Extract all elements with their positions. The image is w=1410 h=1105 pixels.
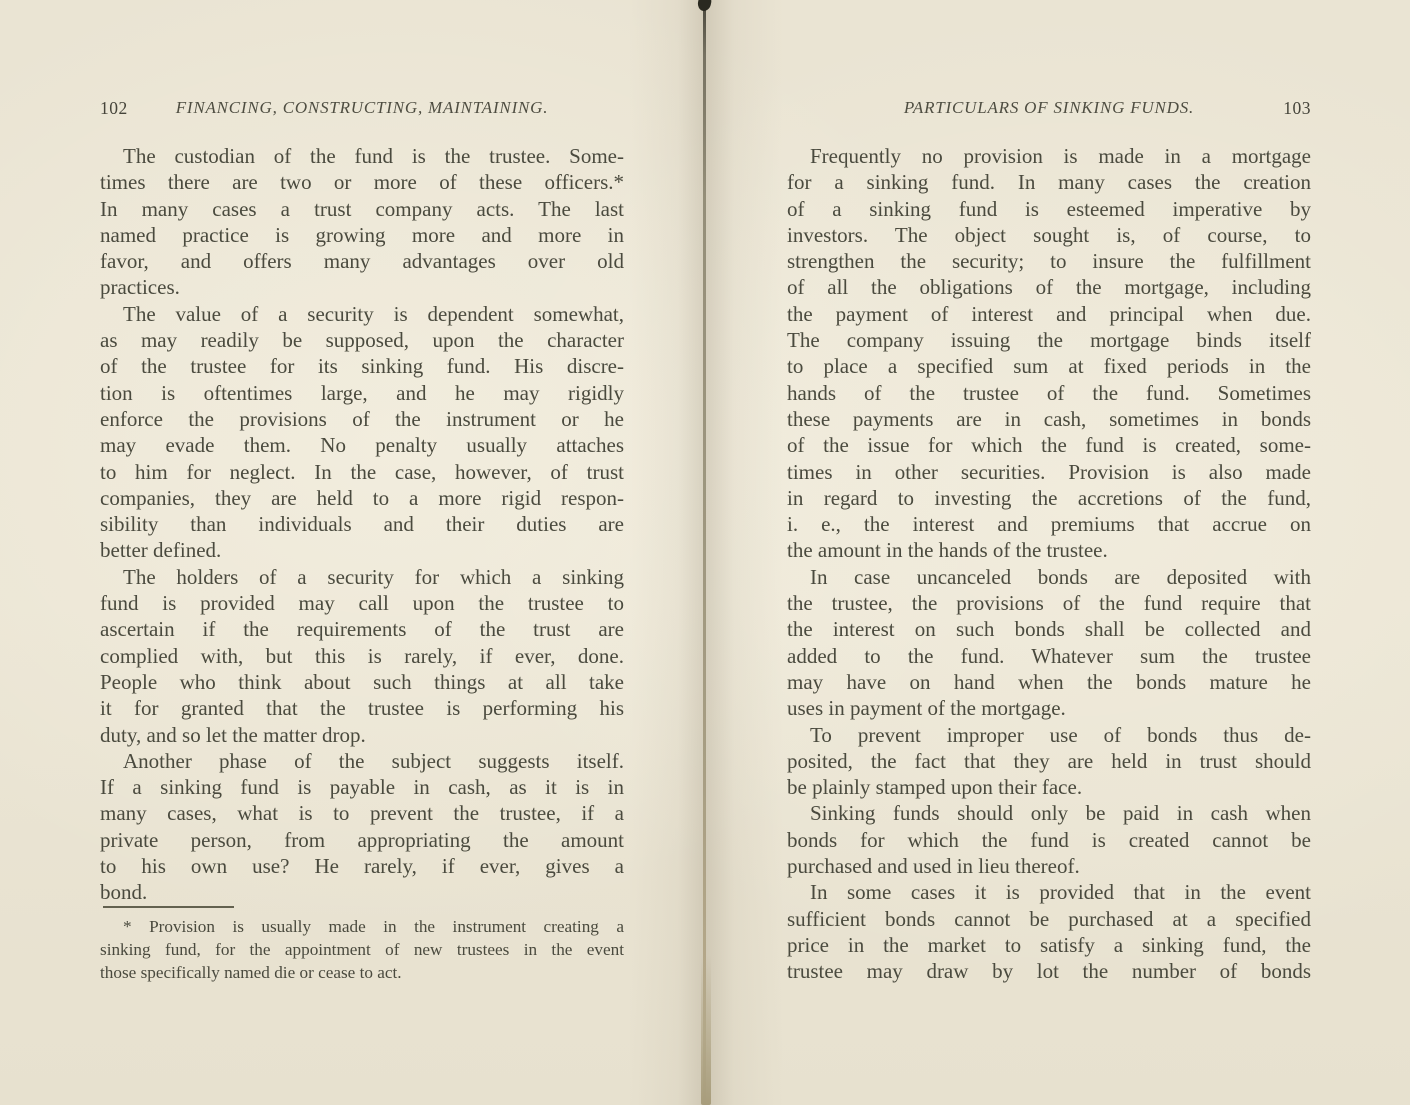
text-line: times in other securities. Provision is …: [787, 459, 1311, 485]
text-line: practices.: [100, 274, 624, 300]
text-line: hands of the trustee of the fund. Someti…: [787, 380, 1311, 406]
text-line: be plainly stamped upon their face.: [787, 774, 1311, 800]
text-line: of a sinking fund is esteemed imperative…: [787, 196, 1311, 222]
text-line: times there are two or more of these off…: [100, 169, 624, 195]
right-page-number: 103: [1283, 98, 1311, 119]
text-line: bond.: [100, 879, 624, 905]
spine-line: [703, 0, 706, 1105]
text-line: The company issuing the mortgage binds i…: [787, 327, 1311, 353]
paragraph: To prevent improper use of bonds thus de…: [787, 722, 1311, 801]
text-line: If a sinking fund is payable in cash, as…: [100, 774, 624, 800]
text-line: In many cases a trust company acts. The …: [100, 196, 624, 222]
text-line: of the issue for which the fund is creat…: [787, 432, 1311, 458]
paragraph: In some cases it is provided that in the…: [787, 879, 1311, 984]
text-line: ascertain if the requirements of the tru…: [100, 616, 624, 642]
text-line: companies, they are held to a more rigid…: [100, 485, 624, 511]
text-line: The custodian of the fund is the trustee…: [100, 143, 624, 169]
text-line: The value of a security is dependent som…: [100, 301, 624, 327]
text-line: the payment of interest and principal wh…: [787, 301, 1311, 327]
text-line: Sinking funds should only be paid in cas…: [787, 800, 1311, 826]
text-line: strengthen the security; to insure the f…: [787, 248, 1311, 274]
paragraph: Frequently no provision is made in a mor…: [787, 143, 1311, 564]
text-line: price in the market to satisfy a sinking…: [787, 932, 1311, 958]
text-line: as may readily be supposed, upon the cha…: [100, 327, 624, 353]
text-line: complied with, but this is rarely, if ev…: [100, 643, 624, 669]
text-line: uses in payment of the mortgage.: [787, 695, 1311, 721]
text-line: Another phase of the subject suggests it…: [100, 748, 624, 774]
text-line: fund is provided may call upon the trust…: [100, 590, 624, 616]
text-line: sinking fund, for the appointment of new…: [100, 939, 624, 962]
text-line: * Provision is usually made in the instr…: [100, 916, 624, 939]
text-line: Frequently no provision is made in a mor…: [787, 143, 1311, 169]
text-line: many cases, what is to prevent the trust…: [100, 800, 624, 826]
right-running-head: PARTICULARS OF SINKING FUNDS. 103: [787, 98, 1311, 122]
text-line: sufficient bonds cannot be purchased at …: [787, 906, 1311, 932]
paragraph: The holders of a security for which a si…: [100, 564, 624, 748]
text-line: tion is oftentimes large, and he may rig…: [100, 380, 624, 406]
text-line: sibility than individuals and their duti…: [100, 511, 624, 537]
text-line: named practice is growing more and more …: [100, 222, 624, 248]
book-spread: 102 FINANCING, CONSTRUCTING, MAINTAINING…: [0, 0, 1410, 1105]
left-page-body: The custodian of the fund is the trustee…: [100, 143, 624, 906]
text-line: purchased and used in lieu thereof.: [787, 853, 1311, 879]
text-line: in regard to investing the accretions of…: [787, 485, 1311, 511]
text-line: private person, from appropriating the a…: [100, 827, 624, 853]
footnote-rule: [103, 906, 234, 908]
text-line: bonds for which the fund is created cann…: [787, 827, 1311, 853]
paragraph: The custodian of the fund is the trustee…: [100, 143, 624, 301]
text-line: added to the fund. Whatever sum the trus…: [787, 643, 1311, 669]
text-line: i. e., the interest and premiums that ac…: [787, 511, 1311, 537]
paragraph: Another phase of the subject suggests it…: [100, 748, 624, 906]
text-line: it for granted that the trustee is perfo…: [100, 695, 624, 721]
text-line: these payments are in cash, sometimes in…: [787, 406, 1311, 432]
text-line: to him for neglect. In the case, however…: [100, 459, 624, 485]
text-line: posited, the fact that they are held in …: [787, 748, 1311, 774]
right-running-head-title: PARTICULARS OF SINKING FUNDS.: [787, 98, 1311, 118]
text-line: for a sinking fund. In many cases the cr…: [787, 169, 1311, 195]
text-line: may have on hand when the bonds mature h…: [787, 669, 1311, 695]
left-running-head-title: FINANCING, CONSTRUCTING, MAINTAINING.: [100, 98, 624, 118]
text-line: In some cases it is provided that in the…: [787, 879, 1311, 905]
paragraph: The value of a security is dependent som…: [100, 301, 624, 564]
gutter-shadow: [628, 0, 784, 1105]
paragraph: In case uncanceled bonds are deposited w…: [787, 564, 1311, 722]
left-page-number: 102: [100, 98, 128, 119]
text-line: To prevent improper use of bonds thus de…: [787, 722, 1311, 748]
text-line: duty, and so let the matter drop.: [100, 722, 624, 748]
text-line: of the trustee for its sinking fund. His…: [100, 353, 624, 379]
right-page-body: Frequently no provision is made in a mor…: [787, 143, 1311, 985]
text-line: enforce the provisions of the instrument…: [100, 406, 624, 432]
text-line: the trustee, the provisions of the fund …: [787, 590, 1311, 616]
text-line: trustee may draw by lot the number of bo…: [787, 958, 1311, 984]
paragraph: Sinking funds should only be paid in cas…: [787, 800, 1311, 879]
text-line: to his own use? He rarely, if ever, give…: [100, 853, 624, 879]
left-page-footnote: * Provision is usually made in the instr…: [100, 916, 624, 984]
text-line: In case uncanceled bonds are deposited w…: [787, 564, 1311, 590]
left-running-head: 102 FINANCING, CONSTRUCTING, MAINTAINING…: [100, 98, 624, 122]
spine-bottom-band: [701, 955, 711, 1105]
text-line: The holders of a security for which a si…: [100, 564, 624, 590]
text-line: the amount in the hands of the trustee.: [787, 537, 1311, 563]
text-line: may evade them. No penalty usually attac…: [100, 432, 624, 458]
text-line: to place a specified sum at fixed period…: [787, 353, 1311, 379]
text-line: those specifically named die or cease to…: [100, 962, 624, 985]
text-line: favor, and offers many advantages over o…: [100, 248, 624, 274]
text-line: People who think about such things at al…: [100, 669, 624, 695]
text-line: the interest on such bonds shall be coll…: [787, 616, 1311, 642]
text-line: investors. The object sought is, of cour…: [787, 222, 1311, 248]
spine-top-mark: [696, 0, 712, 12]
text-line: of all the obligations of the mortgage, …: [787, 274, 1311, 300]
paragraph: * Provision is usually made in the instr…: [100, 916, 624, 984]
text-line: better defined.: [100, 537, 624, 563]
